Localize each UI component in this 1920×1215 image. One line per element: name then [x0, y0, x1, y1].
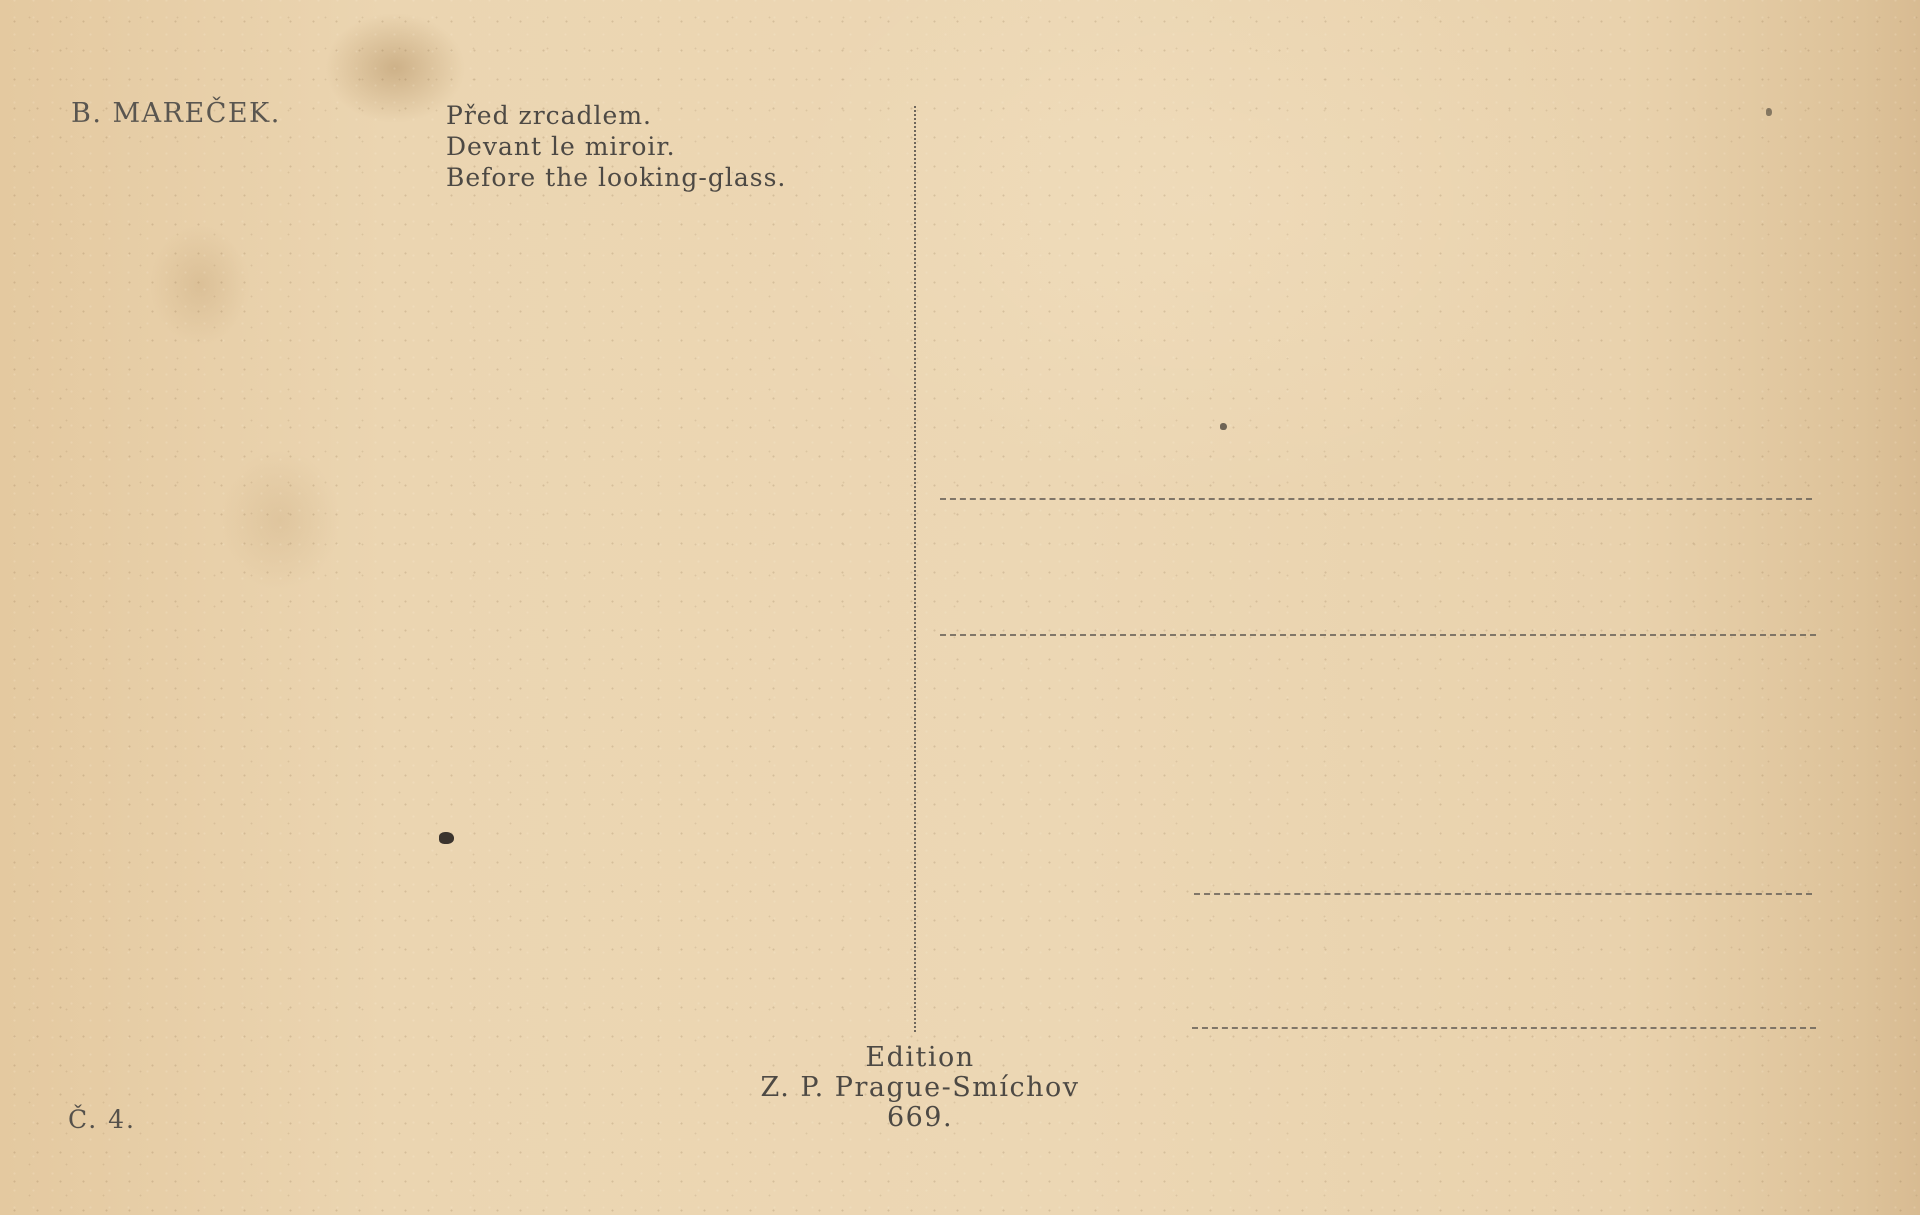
address-line-3: [1194, 893, 1812, 895]
publisher-edition-label: Edition: [700, 1043, 1140, 1073]
ink-blot: [439, 832, 454, 844]
paper-speck: [1220, 423, 1227, 430]
message-address-divider: [914, 106, 916, 1032]
publisher-imprint: Edition Z. P. Prague-Smíchov 669.: [700, 1043, 1140, 1133]
artist-name: B. MAREČEK.: [71, 98, 281, 129]
publisher-catalog-number: 669.: [700, 1103, 1140, 1133]
publisher-name: Z. P. Prague-Smíchov: [700, 1073, 1140, 1103]
title-english: Before the looking-glass.: [446, 162, 786, 193]
address-line-4: [1192, 1027, 1816, 1029]
paper-speck: [1766, 108, 1772, 116]
series-number: Č. 4.: [68, 1105, 136, 1134]
artwork-titles: Před zrcadlem. Devant le miroir. Before …: [446, 100, 786, 193]
postcard-back: B. MAREČEK. Před zrcadlem. Devant le mir…: [0, 0, 1920, 1215]
address-line-1: [940, 498, 1812, 500]
title-french: Devant le miroir.: [446, 131, 786, 162]
title-czech: Před zrcadlem.: [446, 100, 786, 131]
address-line-2: [940, 634, 1816, 636]
